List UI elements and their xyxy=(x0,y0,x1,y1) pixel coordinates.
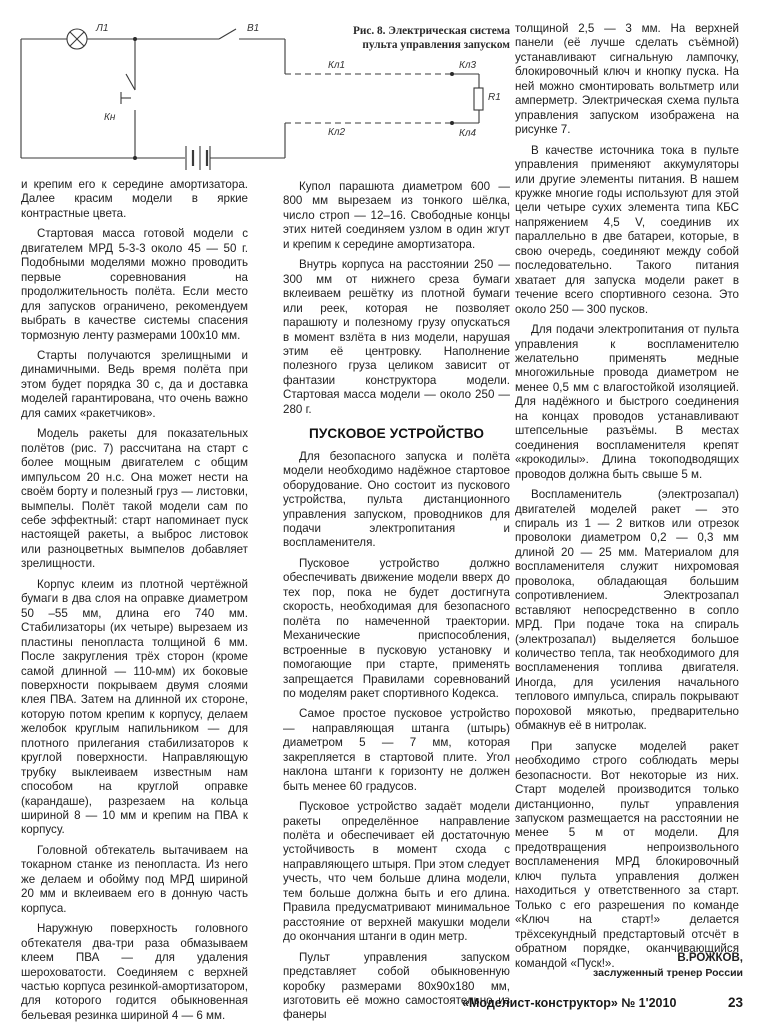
text-column-2: Купол парашюта диаметром 600 — 800 мм вы… xyxy=(283,180,510,1024)
paragraph: толщиной 2,5 — 3 мм. На верхней панели (… xyxy=(515,22,739,138)
caption-line-1: Рис. 8. Электрическая система xyxy=(310,24,510,38)
author-name: В.РОЖКОВ, xyxy=(593,950,743,966)
author-title: заслуженный тренер России xyxy=(593,966,743,981)
paragraph: Стартовая масса готовой модели с двигате… xyxy=(21,227,248,343)
paragraph: Старты получаются зрелищными и динамичны… xyxy=(21,349,248,421)
text-column-3: толщиной 2,5 — 3 мм. На верхней панели (… xyxy=(515,22,739,977)
text-column-1: и крепим его к середине амортизатора. Да… xyxy=(21,178,248,1024)
label-button: Кн xyxy=(104,112,115,123)
page-footer: «Моделист-конструктор» № 1'2010 23 xyxy=(0,996,768,1016)
circuit-diagram: Л1 В1 Кн Кл1 Кл2 Кл3 Кл4 R1 Рис. 8. Элек… xyxy=(0,0,510,178)
paragraph: Самое простое пусковое устройство — напр… xyxy=(283,707,510,794)
paragraph: Пусковое устройство должно обеспечивать … xyxy=(283,557,510,702)
paragraph: Внутрь корпуса на расстоянии 250 — 300 м… xyxy=(283,258,510,417)
paragraph: Для подачи электропитания от пульта упра… xyxy=(515,323,739,482)
paragraph: При запуске моделей ракет необходимо стр… xyxy=(515,740,739,971)
label-clip1: Кл1 xyxy=(328,60,345,71)
paragraph: Купол парашюта диаметром 600 — 800 мм вы… xyxy=(283,180,510,252)
paragraph: Головной обтекатель вытачиваем на токарн… xyxy=(21,844,248,916)
label-lamp: Л1 xyxy=(96,23,108,34)
author-byline: В.РОЖКОВ, заслуженный тренер России xyxy=(593,950,743,981)
figure-caption: Рис. 8. Электрическая система пульта упр… xyxy=(310,24,510,52)
paragraph: Модель ракеты для показательных полётов … xyxy=(21,427,248,572)
page-number: 23 xyxy=(728,995,743,1010)
section-heading: ПУСКОВОЕ УСТРОЙСТВО xyxy=(283,427,510,441)
label-switch: В1 xyxy=(247,23,259,34)
label-clip2: Кл2 xyxy=(328,127,345,138)
paragraph: Пусковое устройство задаёт модели ракеты… xyxy=(283,800,510,945)
label-resistor: R1 xyxy=(488,92,501,103)
paragraph: Для безопасного запуска и полёта модели … xyxy=(283,450,510,551)
label-clip3: Кл3 xyxy=(459,60,476,71)
label-clip4: Кл4 xyxy=(459,128,476,139)
magazine-page: Л1 В1 Кн Кл1 Кл2 Кл3 Кл4 R1 Рис. 8. Элек… xyxy=(0,0,768,1024)
paragraph: Воспламенитель (электрозапал) двигателей… xyxy=(515,488,739,734)
paragraph: Корпус клеим из плотной чертёжной бумаги… xyxy=(21,578,248,838)
magazine-issue: «Моделист-конструктор» № 1'2010 xyxy=(462,996,676,1010)
paragraph: и крепим его к середине амортизатора. Да… xyxy=(21,178,248,221)
caption-line-2: пульта управления запуском xyxy=(310,38,510,52)
paragraph: В качестве источника тока в пульте управ… xyxy=(515,144,739,317)
